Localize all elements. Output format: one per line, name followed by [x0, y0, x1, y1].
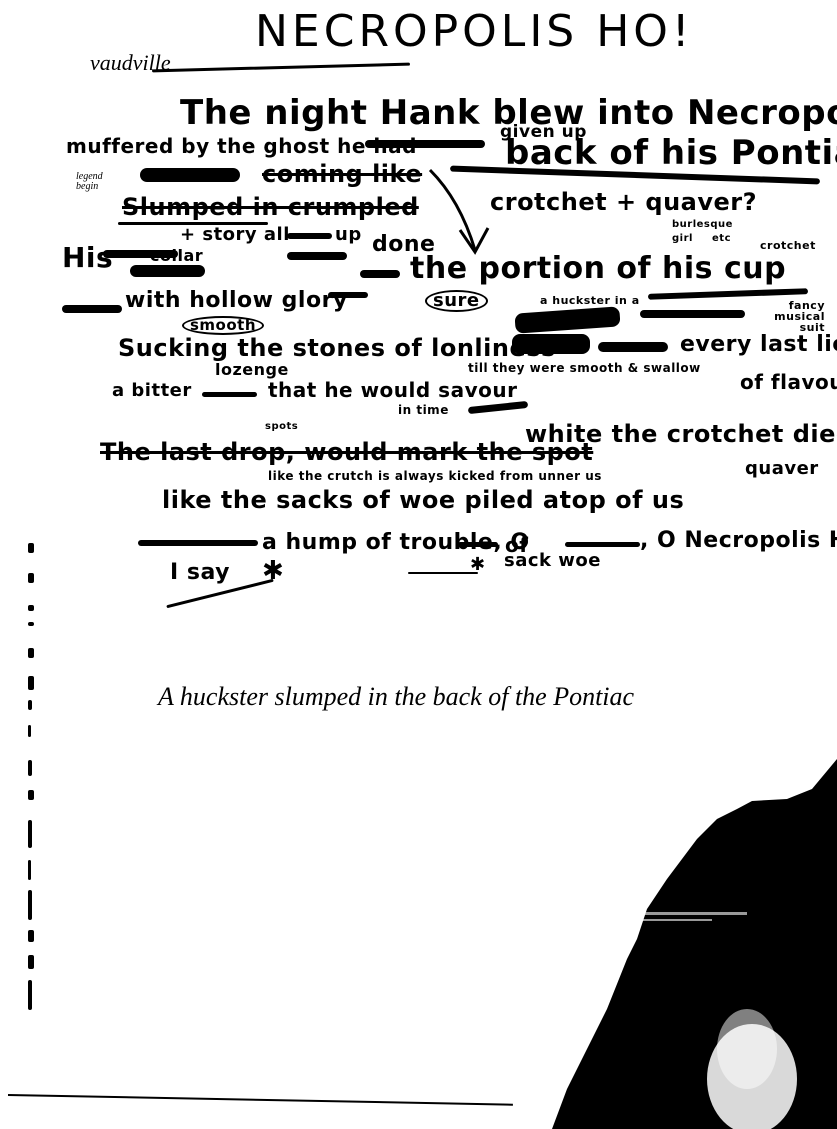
line-7-right: every last lick — [680, 334, 837, 356]
line-6-circled: sure — [425, 290, 488, 312]
page-title: NECROPOLIS HO! — [255, 10, 694, 54]
bottom-rule — [8, 1094, 513, 1106]
line-7-flavour: of flavour — [740, 372, 837, 392]
margin-note-legend: legend begin — [76, 172, 116, 192]
line-11-arrow-line — [408, 572, 478, 574]
line-3-right: crotchet + quaver? — [490, 190, 757, 214]
scribble-blot — [458, 542, 498, 547]
line-5-collar: collar — [150, 248, 203, 264]
line-7-sub: till they were smooth & swallow — [468, 362, 701, 374]
line-2-right: back of his Pontiac — [505, 136, 837, 170]
manuscript-page: vaudville NECROPOLIS HO! The night Hank … — [0, 0, 837, 1129]
scribble-blot — [365, 140, 485, 148]
line-11-i-say: I say — [170, 562, 230, 584]
line-5-his: His — [62, 244, 113, 272]
line-6-right: a huckster in a — [540, 295, 640, 306]
scribble-blot — [62, 305, 122, 313]
line-11-sack-woe: sack woe — [504, 552, 601, 570]
fair-copy-line: A huckster slumped in the back of the Po… — [158, 684, 634, 710]
title-underline — [152, 63, 410, 73]
scribble-blot — [328, 292, 368, 298]
scribble-blot — [360, 270, 400, 278]
scribble-blot — [640, 310, 745, 318]
line-8-left: a bitter — [112, 382, 192, 400]
scribble-blot — [202, 392, 257, 397]
scribble-blot — [287, 233, 332, 239]
line-4: Slumped in crumpled — [122, 195, 419, 219]
scribble-blot — [514, 306, 620, 333]
scribble-blot — [130, 265, 205, 277]
scribble-blot — [512, 334, 590, 354]
note-crotchet: crotchet — [760, 240, 816, 251]
line-9-struck: The last drop, would mark the spot — [100, 440, 593, 464]
scribble-blot — [138, 540, 258, 546]
scribble-blot — [565, 542, 640, 547]
line-7-lozenge: lozenge — [215, 362, 289, 378]
scribble-blot — [287, 252, 347, 260]
note-fancy-musical-suit: fancy musical suit — [745, 300, 825, 333]
note-girl: girl — [672, 234, 693, 244]
asterisk-icon: ✱ — [470, 556, 486, 574]
line-8-in-time: in time — [398, 404, 449, 416]
line-9-spots: spots — [265, 422, 298, 432]
line-11-right: , O Necropolis Ho — [640, 530, 837, 552]
scribble-blot — [598, 342, 668, 352]
line-7: Sucking the stones of lonliness — [118, 336, 556, 360]
line-10: like the sacks of woe piled atop of us — [162, 488, 684, 512]
note-burlesque: burlesque — [672, 220, 733, 230]
line-2-left: muffered by the ghost he had — [66, 136, 417, 156]
note-etc: etc — [712, 234, 731, 244]
line-10-above: like the crutch is always kicked from un… — [268, 470, 602, 482]
line-9-right: white the crotchet died a — [525, 422, 837, 446]
line-6-smooth: smooth — [182, 316, 264, 335]
line-8-right: that he would savour — [268, 380, 517, 400]
photo-fragment — [547, 749, 837, 1129]
scribble-blot — [648, 288, 808, 300]
scribble-blot — [140, 168, 240, 182]
line-5-right: the portion of his cup — [410, 254, 786, 284]
scribble-blot — [468, 401, 528, 414]
line-5-insert: + story all — [180, 226, 290, 244]
line-5-up: up — [335, 226, 362, 244]
line-3: coming like — [262, 162, 422, 186]
line-9-quaver: quaver — [745, 460, 819, 478]
line-6-left: with hollow glory — [125, 290, 348, 312]
